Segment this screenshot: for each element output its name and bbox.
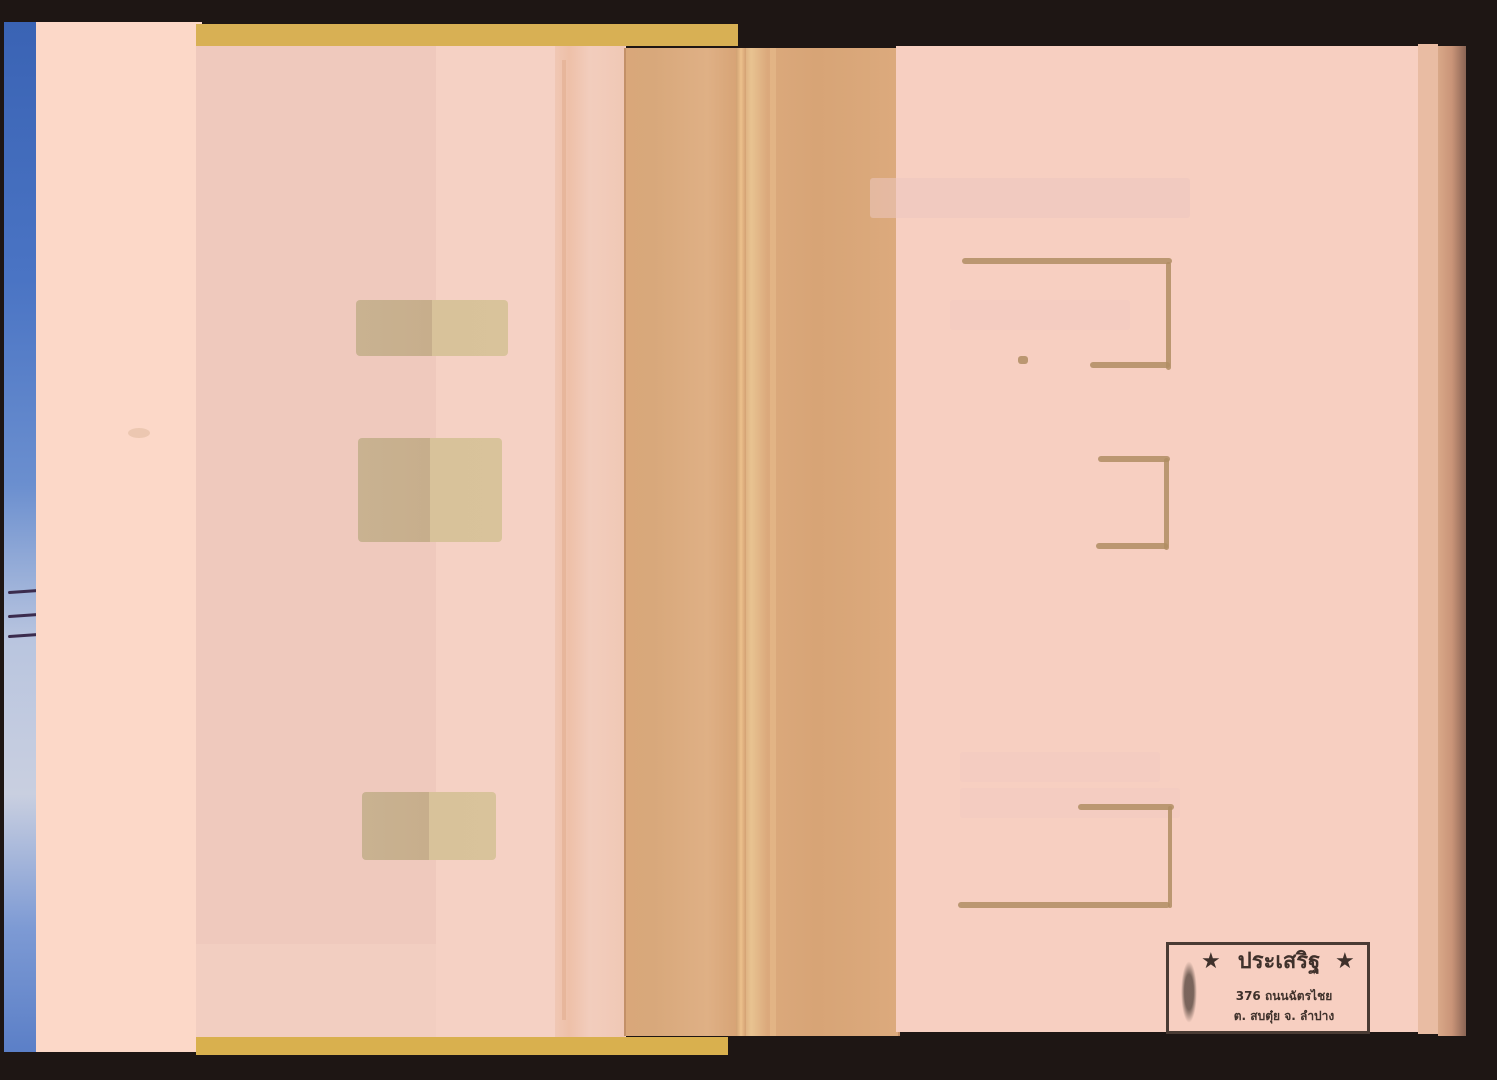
- yellow-tape-top: [196, 24, 738, 46]
- stamp-address-street: 376 ถนนฉัตรไชย: [1209, 987, 1359, 1006]
- stain-mark: [962, 258, 1172, 264]
- glue-stain-2: [358, 438, 502, 542]
- stain-mark: [1078, 804, 1174, 810]
- hinge-edge-line: [562, 60, 566, 1020]
- blue-cover-edge: [4, 22, 38, 1052]
- stamp-shop-name: ประเสริฐ: [1225, 949, 1333, 975]
- page-block-edge: [1418, 44, 1438, 1034]
- stamp-address-locality: ต. สบตุ๋ย จ. ลำปาง: [1199, 1007, 1369, 1026]
- stain-mark: [1018, 356, 1028, 364]
- bookshop-stamp: ★ ประเสริฐ ★ 376 ถนนฉัตรไชย ต. สบตุ๋ย จ.…: [1166, 942, 1370, 1034]
- bleed-through-title: [870, 178, 1190, 218]
- stain-mark: [1096, 543, 1168, 549]
- tree-icon: [1181, 961, 1197, 1023]
- front-flap: [36, 22, 202, 1052]
- glue-stain-1: [356, 300, 508, 356]
- stain-mark: [1090, 362, 1170, 368]
- star-icon: ★: [1335, 951, 1355, 973]
- back-cover-edge: [1438, 46, 1466, 1036]
- spine-fold-highlight: [770, 48, 776, 1036]
- bleed-through-line: [960, 788, 1180, 818]
- glue-stain-3: [362, 792, 496, 860]
- cover-illustration-lines: [8, 590, 38, 640]
- bleed-through-line: [950, 300, 1130, 330]
- star-icon: ★: [1201, 951, 1221, 973]
- spine-fold: [736, 48, 746, 1036]
- bleed-through-line: [960, 752, 1160, 782]
- stain-mark: [1166, 262, 1171, 370]
- yellow-tape-bottom: [196, 1037, 728, 1055]
- flap-stain: [128, 428, 150, 438]
- stain-mark: [1098, 456, 1170, 462]
- stain-mark: [1168, 806, 1172, 908]
- stain-mark: [1164, 458, 1169, 550]
- spine-kraft-tape: [624, 48, 900, 1036]
- stain-mark: [958, 902, 1170, 908]
